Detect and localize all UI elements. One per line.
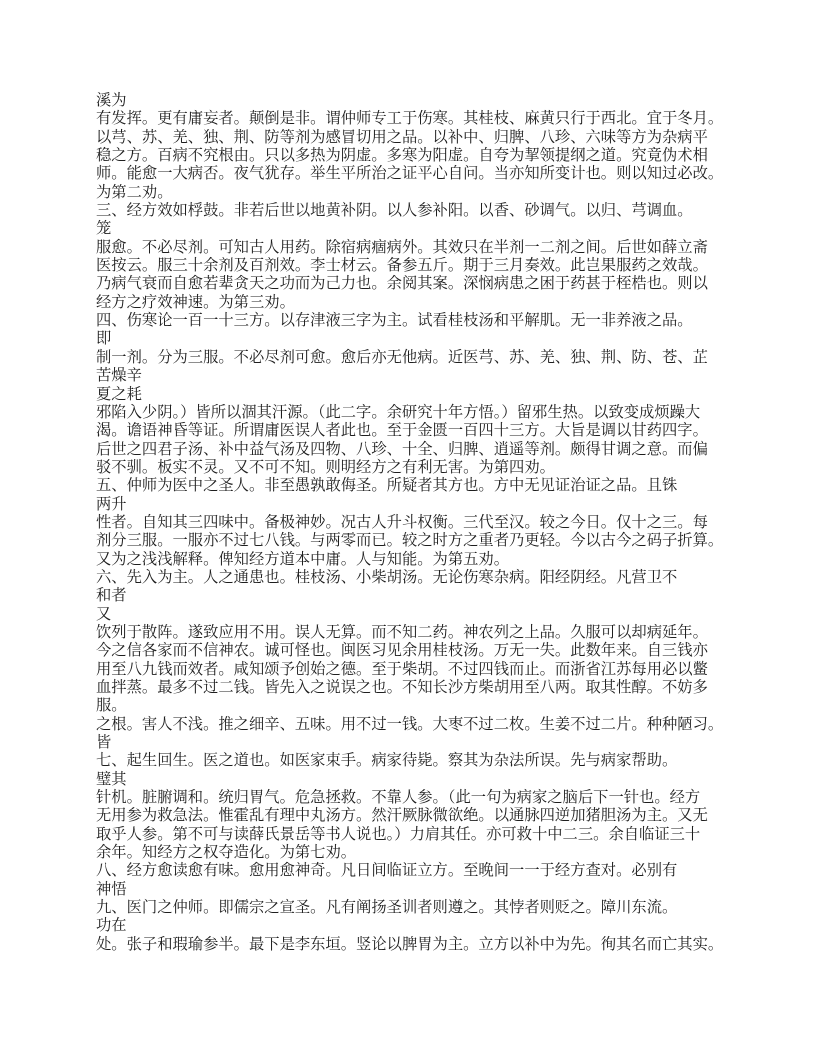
text-line: 用至八九钱而效者。咸知颂予创始之德。至于柴胡。不过四钱而止。而浙省江苏每用必以鳖 (96, 660, 756, 678)
text-line: 六、先入为主。人之通患也。桂枝汤、小柴胡汤。无论伤寒杂病。阳经阴经。凡营卫不 (96, 568, 756, 586)
text-line: 服愈。不必尽剂。可知古人用药。除宿病痼病外。其效只在半剂一二剂之间。后世如薛立斋 (96, 238, 756, 256)
text-line: 为第二劝。 (96, 183, 756, 201)
text-line: 经方之疗效神速。为第三劝。 (96, 293, 756, 311)
text-line: 性者。自知其三四味中。备极神妙。况古人升斗权衡。三代至汉。较之今日。仅十之三。每 (96, 513, 756, 531)
text-line: 饮列于散阵。遂致应用不用。误人无算。而不知二药。神农列之上品。久服可以却病延年。 (96, 623, 756, 641)
text-line: 驳不驯。板实不灵。又不可不知。则明经方之有利无害。为第四劝。 (96, 458, 756, 476)
text-block: 溪为有发挥。更有庸妄者。颠倒是非。谓仲师专工于伤寒。其桂枝、麻黄只行于西北。宜于… (96, 91, 756, 953)
text-line: 溪为 (96, 91, 756, 109)
text-line: 稳之方。百病不究根由。只以多热为阴虚。多寒为阳虚。自夸为挈领提纲之道。究竟伪术相 (96, 146, 756, 164)
text-line: 三、经方效如桴鼓。非若后世以地黄补阴。以人参补阳。以香、砂调气。以归、芎调血。 (96, 201, 756, 219)
text-line: 无用参为救急法。惟霍乱有理中丸汤方。然汗厥脉微欲绝。以通脉四逆加猪胆汤为主。又无 (96, 806, 756, 824)
text-line: 今之信各家而不信神农。诚可怪也。闽医习见余用桂枝汤。万无一失。此数年来。自三钱亦 (96, 641, 756, 659)
text-line: 以芎、苏、羌、独、荆、防等剂为感冒切用之品。以补中、归脾、八珍、六味等方为杂病平 (96, 128, 756, 146)
text-line: 血拌蒸。最多不过二钱。皆先入之说误之也。不知长沙方柴胡用至八两。取其性醇。不妨多 (96, 678, 756, 696)
text-line: 功在 (96, 916, 756, 934)
text-line: 苦燥辛 (96, 366, 756, 384)
text-line: 八、经方愈读愈有味。愈用愈神奇。凡日间临证立方。至晚间一一于经方查对。必别有 (96, 861, 756, 879)
text-line: 剂分三服。一服亦不过七八钱。与两零而已。较之时方之重者乃更轻。今以古今之码子折算… (96, 531, 756, 549)
text-line: 四、伤寒论一百一十三方。以存津液三字为主。试看桂枝汤和平解肌。无一非养液之品。 (96, 311, 756, 329)
text-line: 神悟 (96, 880, 756, 898)
text-line: 服。 (96, 696, 756, 714)
text-line: 乃病气衰而自愈若辈贪天之功而为己力也。余阅其案。深悯病患之困于药甚于桎梏也。则以 (96, 274, 756, 292)
text-line: 笼 (96, 219, 756, 237)
document-page: 溪为有发挥。更有庸妄者。颠倒是非。谓仲师专工于伤寒。其桂枝、麻黄只行于西北。宜于… (0, 0, 816, 1056)
text-line: 即 (96, 329, 756, 347)
text-line: 后世之四君子汤、补中益气汤及四物、八珍、十全、归脾、逍遥等剂。颇得甘调之意。而偏 (96, 440, 756, 458)
text-line: 有发挥。更有庸妄者。颠倒是非。谓仲师专工于伤寒。其桂枝、麻黄只行于西北。宜于冬月… (96, 109, 756, 127)
text-line: 制一剂。分为三服。不必尽剂可愈。愈后亦无他病。近医芎、苏、羌、独、荆、防、苍、芷 (96, 348, 756, 366)
text-line: 又 (96, 605, 756, 623)
text-line: 针机。脏腑调和。统归胃气。危急拯救。不靠人参。（此一句为病家之脑后下一针也。经方 (96, 788, 756, 806)
text-line: 处。张子和瑕瑜参半。最下是李东垣。竖论以脾胃为主。立方以补中为先。徇其名而亡其实… (96, 935, 756, 953)
text-line: 师。能愈一大病否。夜气犹存。举生平所治之证平心自问。当亦知所变计也。则以知过必改… (96, 164, 756, 182)
text-line: 和者 (96, 586, 756, 604)
text-line: 之根。害人不浅。推之细辛、五味。用不过一钱。大枣不过二枚。生姜不过二片。种种陋习… (96, 715, 756, 733)
text-line: 两升 (96, 495, 756, 513)
text-line: 五、仲师为医中之圣人。非至愚孰敢侮圣。所疑者其方也。方中无见证治证之品。且铢 (96, 476, 756, 494)
text-line: 七、起生回生。医之道也。如医家束手。病家待毙。察其为杂法所误。先与病家帮助。 (96, 751, 756, 769)
text-line: 皆 (96, 733, 756, 751)
text-line: 取乎人参。第不可与读薛氏景岳等书人说也。）力肩其任。亦可救十中二三。余自临证三十 (96, 825, 756, 843)
text-line: 璧其 (96, 770, 756, 788)
text-line: 邪陷入少阴。）皆所以涸其汗源。（此二字。余研究十年方悟。）留邪生热。以致变成烦躁… (96, 403, 756, 421)
text-line: 医按云。服三十余剂及百剂效。李士材云。备参五斤。期于三月奏效。此岂果服药之效哉。 (96, 256, 756, 274)
text-line: 夏之耗 (96, 385, 756, 403)
text-line: 渴。谵语神昏等证。所谓庸医误人者此也。至于金匮一百四十三方。大旨是调以甘药四字。 (96, 421, 756, 439)
text-line: 九、医门之仲师。即儒宗之宣圣。凡有阐扬圣训者则遵之。其悖者则贬之。障川东流。 (96, 898, 756, 916)
text-line: 余年。知经方之权夺造化。为第七劝。 (96, 843, 756, 861)
text-line: 又为之浅浅解释。俾知经方道本中庸。人与知能。为第五劝。 (96, 550, 756, 568)
